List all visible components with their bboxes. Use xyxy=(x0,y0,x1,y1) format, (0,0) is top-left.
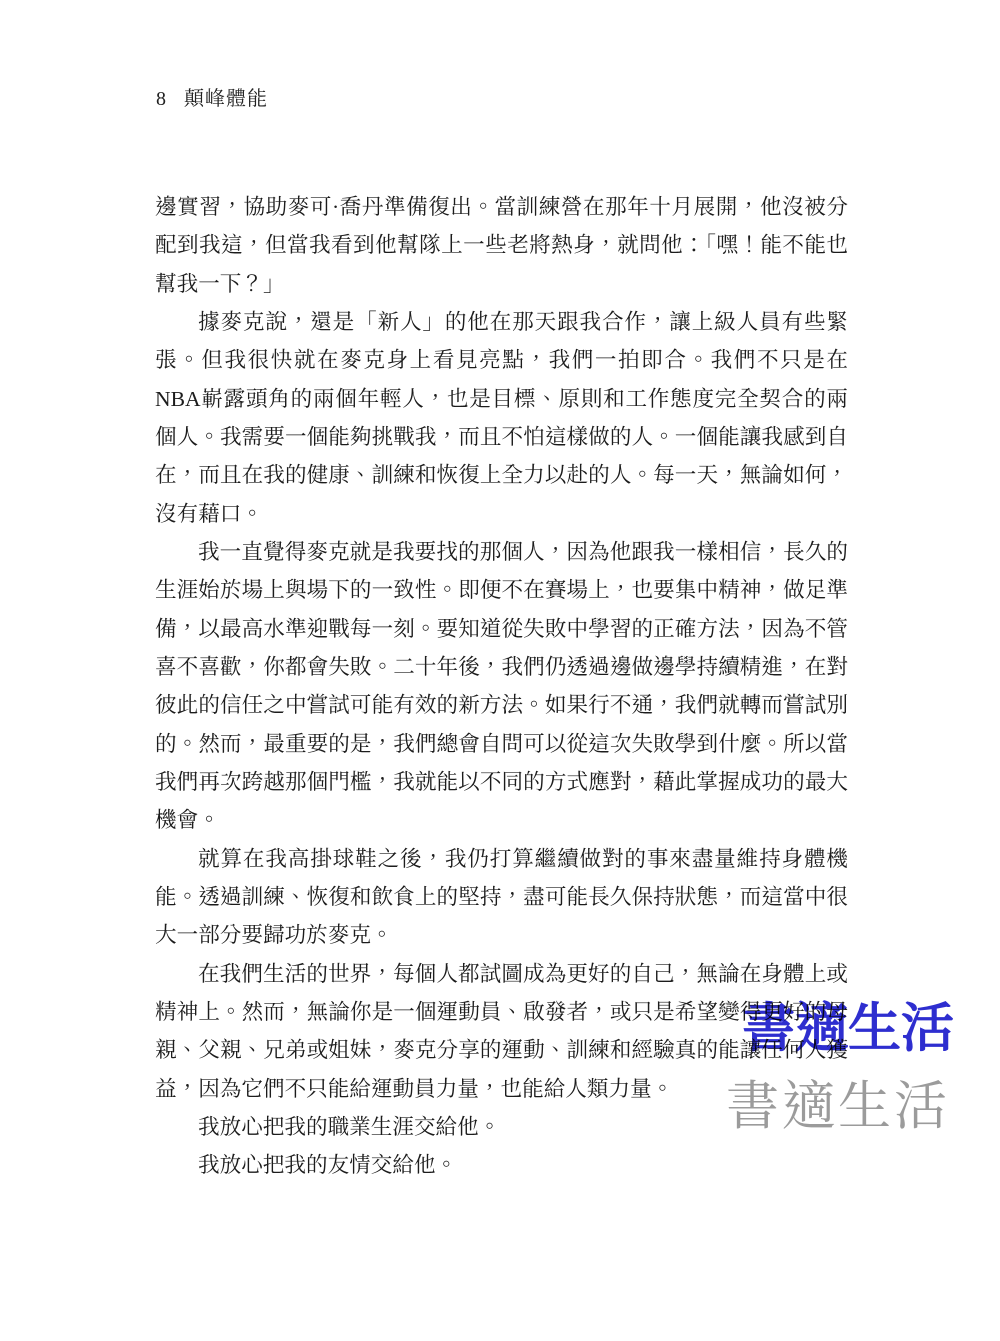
text-line: 在我們生活的世界，每個人都試圖成為更好的自己，無論在身體上或 xyxy=(155,955,848,993)
text-line: 我們再次跨越那個門檻，我就能以不同的方式應對，藉此掌握成功的最大 xyxy=(155,763,848,801)
text-line: 備，以最高水準迎戰每一刻。要知道從失敗中學習的正確方法，因為不管 xyxy=(155,610,848,648)
text-line: 益，因為它們不只能給運動員力量，也能給人類力量。 xyxy=(155,1070,848,1108)
text-line: 精神上。然而，無論你是一個運動員、啟發者，或只是希望變得更好的母 xyxy=(155,993,848,1031)
text-line: 幫我一下？」 xyxy=(155,265,848,303)
page-number: 8 xyxy=(156,88,166,111)
text-line: 據麥克說，還是「新人」的他在那天跟我合作，讓上級人員有些緊 xyxy=(155,303,848,341)
text-line: 生涯始於場上與場下的一致性。即便不在賽場上，也要集中精神，做足準 xyxy=(155,571,848,609)
text-line: 我放心把我的職業生涯交給他。 xyxy=(155,1108,848,1146)
text-line: 配到我這，但當我看到他幫隊上一些老將熱身，就問他：「嘿！能不能也 xyxy=(155,226,848,264)
text-line: 喜不喜歡，你都會失敗。二十年後，我們仍透過邊做邊學持續精進，在對 xyxy=(155,648,848,686)
text-line: 親、父親、兄弟或姐妹，麥克分享的運動、訓練和經驗真的能讓任何人獲 xyxy=(155,1031,848,1069)
text-line: 機會。 xyxy=(155,801,848,839)
text-line: 沒有藉口。 xyxy=(155,495,848,533)
text-line: 能。透過訓練、恢復和飲食上的堅持，盡可能長久保持狀態，而這當中很 xyxy=(155,878,848,916)
body-text: 邊實習，協助麥可·喬丹準備復出。當訓練營在那年十月展開，他沒被分 配到我這，但當… xyxy=(155,188,848,1185)
text-line: 大一部分要歸功於麥克。 xyxy=(155,916,848,954)
text-line: 我放心把我的友情交給他。 xyxy=(155,1146,848,1184)
book-page: 8 顛峰體能 邊實習，協助麥可·喬丹準備復出。當訓練營在那年十月展開，他沒被分 … xyxy=(0,0,1000,1341)
text-line: 邊實習，協助麥可·喬丹準備復出。當訓練營在那年十月展開，他沒被分 xyxy=(155,188,848,226)
text-line: 個人。我需要一個能夠挑戰我，而且不怕這樣做的人。一個能讓我感到自 xyxy=(155,418,848,456)
text-line: 彼此的信任之中嘗試可能有效的新方法。如果行不通，我們就轉而嘗試別 xyxy=(155,686,848,724)
text-line: 在，而且在我的健康、訓練和恢復上全力以赴的人。每一天，無論如何， xyxy=(155,456,848,494)
text-line: 的。然而，最重要的是，我們總會自問可以從這次失敗學到什麼。所以當 xyxy=(155,725,848,763)
text-line: NBA嶄露頭角的兩個年輕人，也是目標、原則和工作態度完全契合的兩 xyxy=(155,380,848,418)
running-head: 8 顛峰體能 xyxy=(156,82,268,111)
text-line: 就算在我高掛球鞋之後，我仍打算繼續做對的事來盡量維持身體機 xyxy=(155,840,848,878)
book-title: 顛峰體能 xyxy=(184,82,268,111)
text-line: 張。但我很快就在麥克身上看見亮點，我們一拍即合。我們不只是在 xyxy=(155,341,848,379)
text-line: 我一直覺得麥克就是我要找的那個人，因為他跟我一樣相信，長久的 xyxy=(155,533,848,571)
